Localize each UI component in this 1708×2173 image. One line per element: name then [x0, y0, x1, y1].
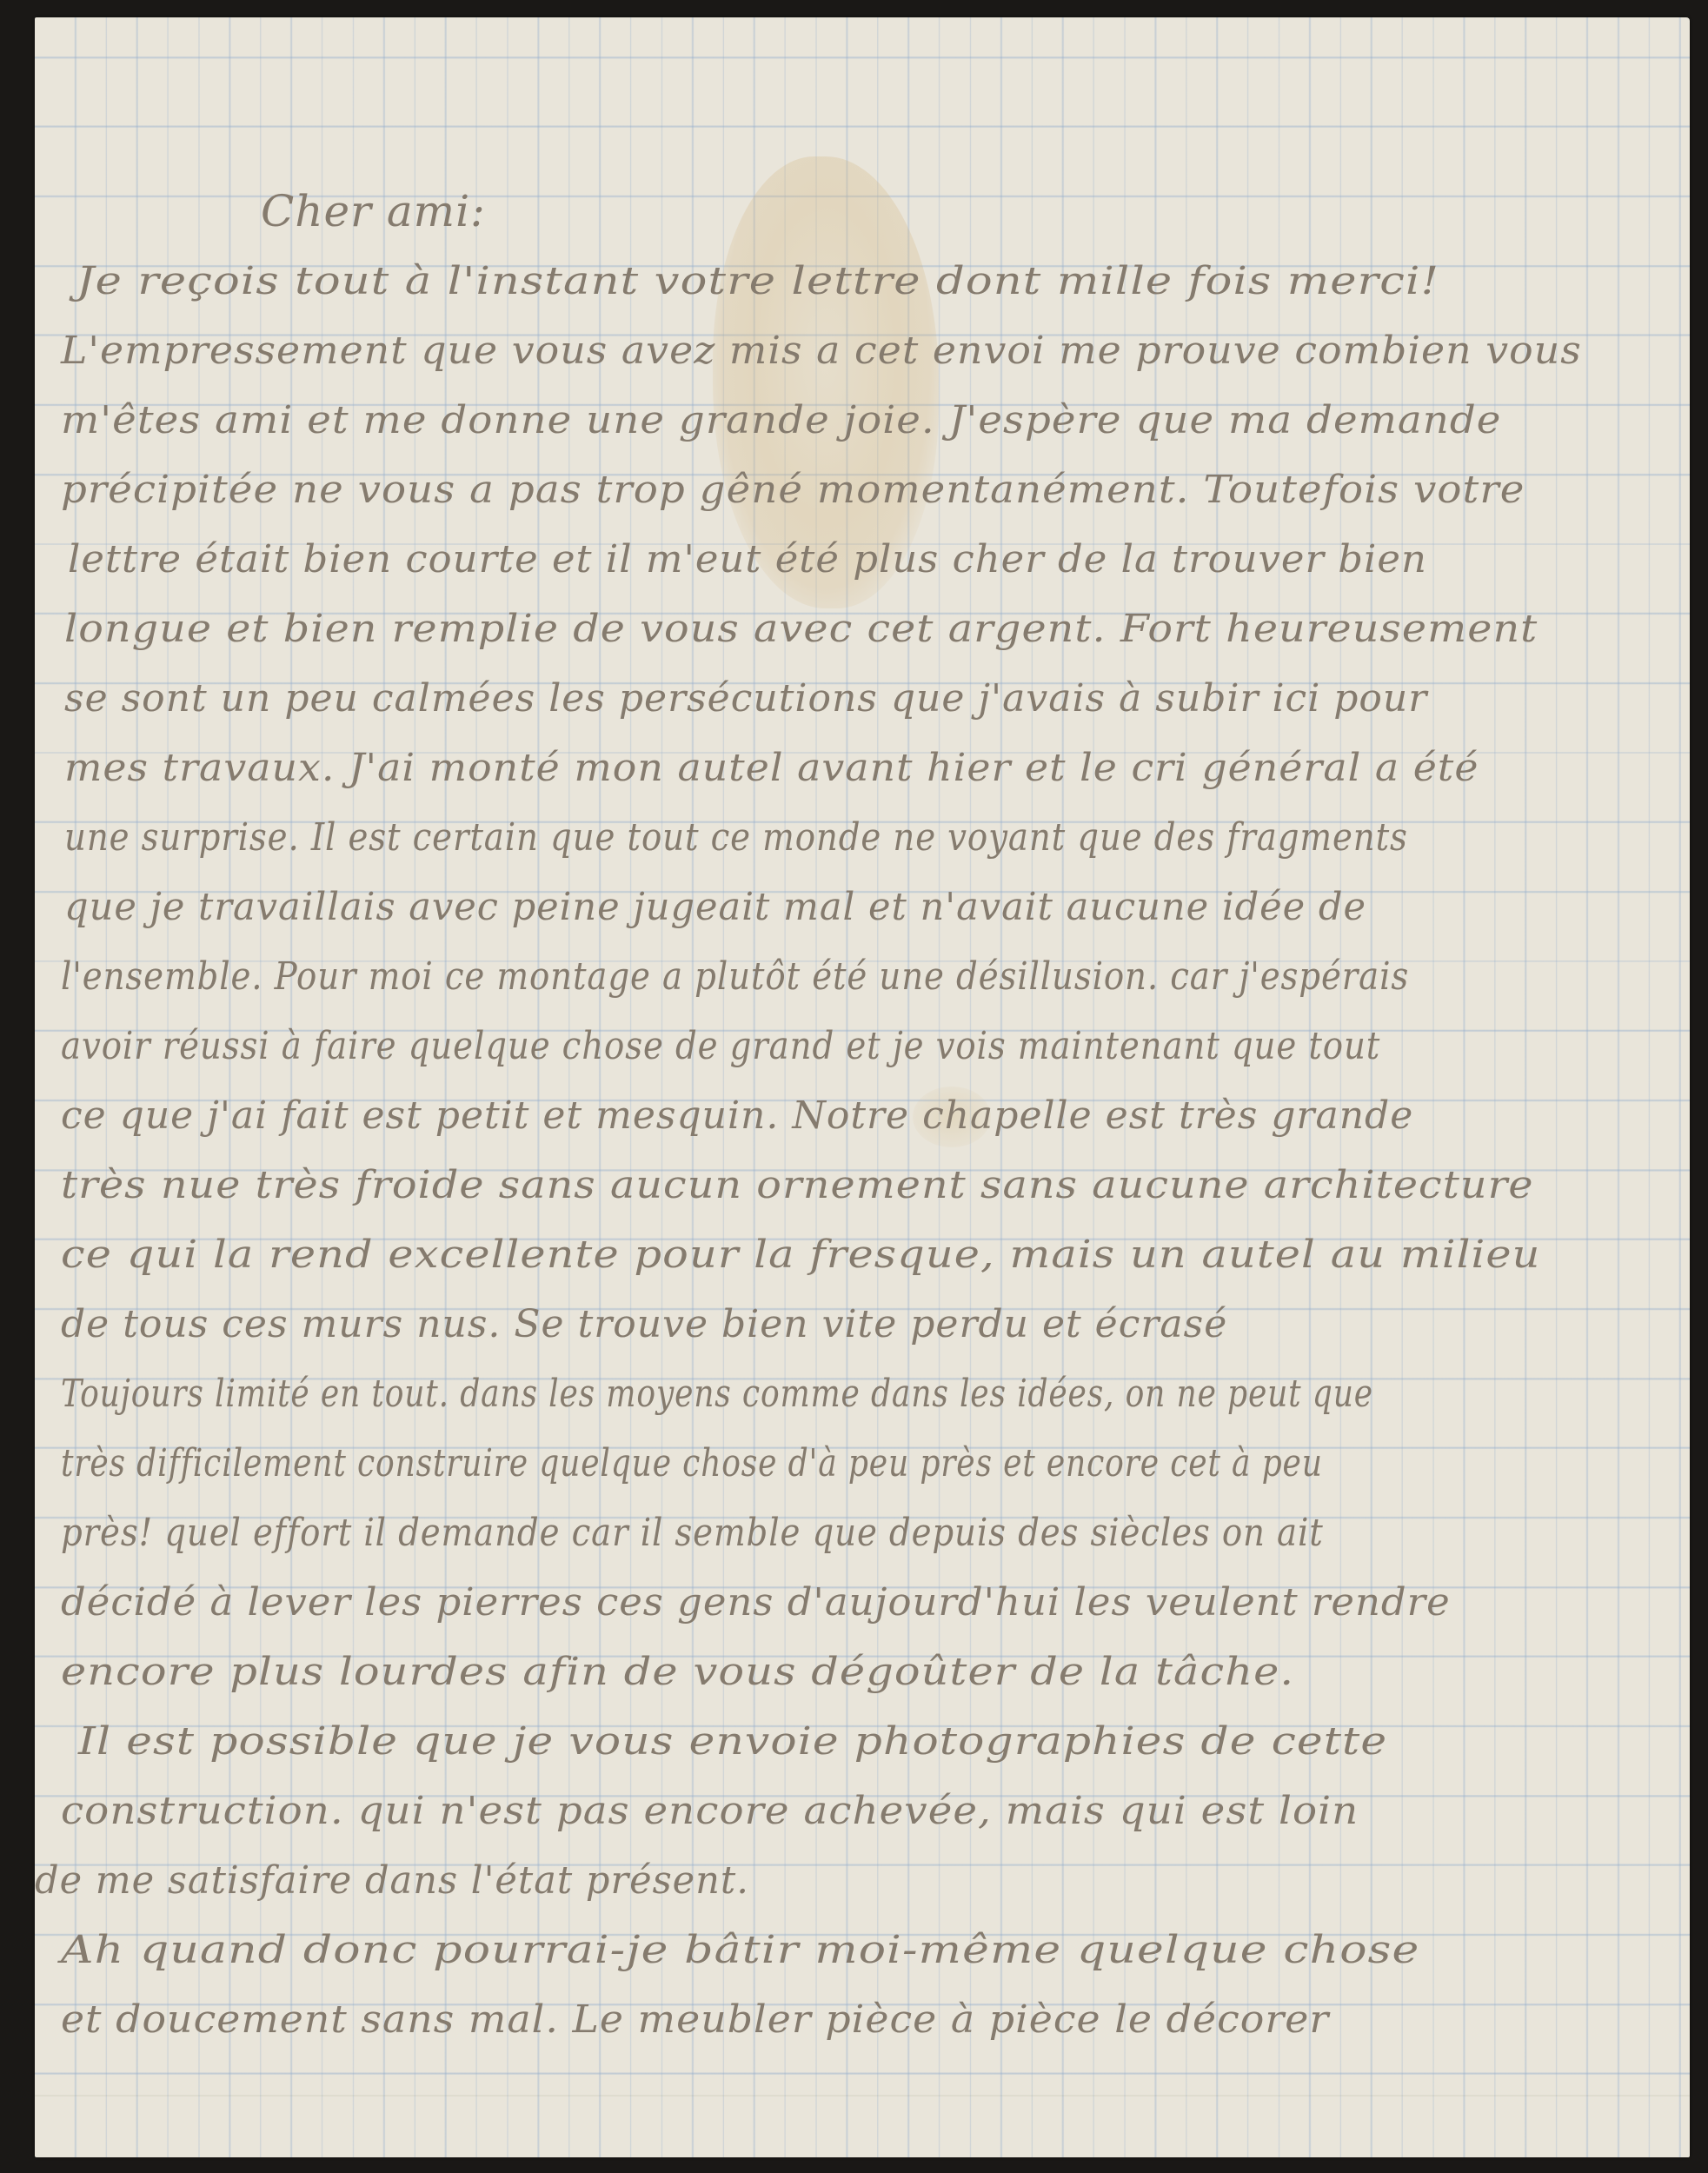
letter-line-17: Toujours limité en tout. dans les moyens…: [61, 1375, 1373, 1413]
letter-line-9: une surprise. Il est certain que tout ce…: [64, 819, 1408, 857]
letter-line-21: encore plus lourdes afin de vous dégoûte…: [61, 1653, 1294, 1691]
salutation: Cher ami:: [261, 189, 486, 233]
letter-line-3: m'êtes ami et me donne une grande joie. …: [61, 402, 1501, 440]
letter-line-19: près! quel effort il demande car il semb…: [61, 1514, 1324, 1552]
letter-line-24: de me satisfaire dans l'état présent.: [35, 1862, 749, 1900]
letter-line-26: et doucement sans mal. Le meubler pièce …: [61, 2001, 1329, 2039]
letter-line-2: L'empressement que vous avez mis a cet e…: [61, 332, 1582, 370]
letter-line-15: ce qui la rend excellente pour la fresqu…: [61, 1236, 1541, 1274]
letter-line-10: que je travaillais avec peine jugeait ma…: [64, 888, 1366, 927]
letter-line-8: mes travaux. J'ai monté mon autel avant …: [64, 749, 1479, 787]
letter-line-16: de tous ces murs nus. Se trouve bien vit…: [61, 1306, 1227, 1344]
letter-line-11: l'ensemble. Pour moi ce montage a plutôt…: [61, 958, 1409, 996]
letter-line-6: longue et bien remplie de vous avec cet …: [64, 610, 1538, 648]
letter-line-18: très difficilement construire quelque ch…: [61, 1445, 1323, 1483]
letter-line-22: Il est possible que je vous envoie photo…: [78, 1723, 1387, 1761]
letter-line-13: ce que j'ai fait est petit et mesquin. N…: [61, 1097, 1413, 1135]
letter-line-12: avoir réussi à faire quelque chose de gr…: [61, 1027, 1380, 1066]
letter-line-14: très nue très froide sans aucun ornement…: [61, 1166, 1534, 1205]
letter-line-25: Ah quand donc pourrai-je bâtir moi-même …: [61, 1931, 1419, 1970]
letter-line-20: décidé à lever les pierres ces gens d'au…: [61, 1584, 1451, 1622]
letter-line-5: lettre était bien courte et il m'eut été…: [68, 541, 1427, 579]
letter-line-4: précipitée ne vous a pas trop gêné momen…: [61, 471, 1525, 509]
letter-line-23: construction. qui n'est pas encore achev…: [61, 1792, 1359, 1831]
letter-line-7: se sont un peu calmées les persécutions …: [64, 680, 1427, 718]
letter-line-1: Je reçois tout à l'instant votre lettre …: [76, 262, 1439, 301]
paper-fold: [35, 2095, 1690, 2097]
letter-paper: Cher ami: Je reçois tout à l'instant vot…: [35, 17, 1690, 2157]
